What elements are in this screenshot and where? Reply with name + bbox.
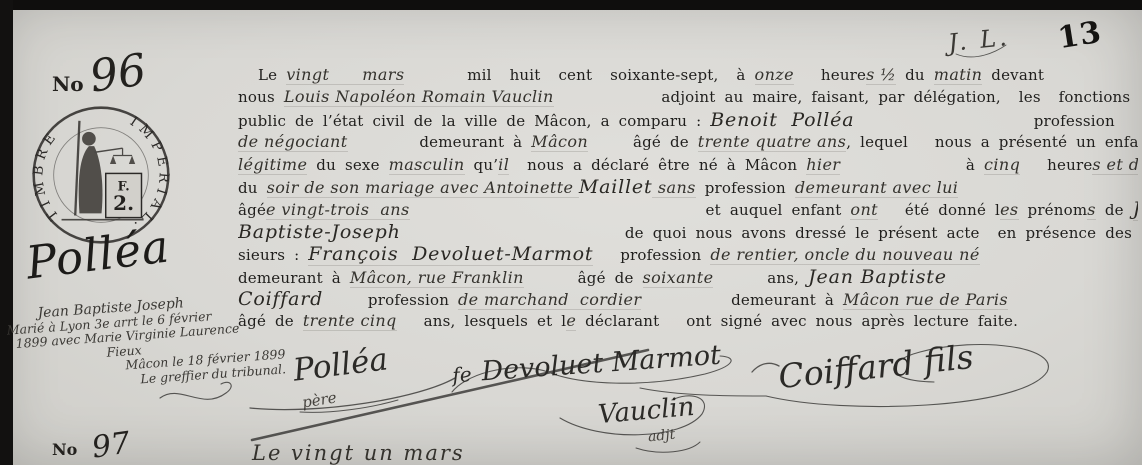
clerk-initials: J. L. (947, 23, 1011, 57)
handwritten-text: Maillet (579, 176, 653, 198)
act-line: de négociant demeurant à Mâcon âgé de tr… (238, 131, 1138, 153)
printed-text: devant (982, 66, 1044, 84)
signature-paraph: fe (452, 362, 473, 387)
printed-text: Le (258, 66, 286, 84)
printed-text: du (238, 179, 267, 197)
act-number: 96 (87, 44, 150, 102)
handwritten-text: e (566, 311, 576, 331)
handwritten-text: ont (850, 200, 878, 220)
signature-declarant: Polléa (291, 341, 390, 388)
handwritten-text: de marchand cordier (458, 290, 641, 310)
printed-text: et auquel enfant (410, 201, 851, 219)
printed-text: nous a déclaré être né à Mâcon (509, 156, 806, 174)
folio-number: 13 (1056, 15, 1105, 56)
handwritten-text: masculin (389, 155, 465, 175)
next-act-number: 97 (90, 426, 133, 465)
handwritten-text: Baptiste-Joseph (238, 221, 401, 243)
act-line: sieurs : François Devoluet-Marmot profes… (238, 243, 1138, 265)
printed-text: sieurs : (238, 246, 308, 264)
handwritten-text: s ½ (866, 65, 896, 85)
handwritten-text: cinq (984, 155, 1020, 175)
act-line: du soir de son mariage avec Antoinette M… (238, 176, 1138, 198)
handwritten-text: matin (934, 65, 983, 85)
handwritten-text: légitime (238, 155, 307, 175)
printed-text: prénom (1019, 201, 1088, 219)
act-line: Coiffard profession de marchand cordier … (238, 288, 1138, 310)
stamp-value-pedestal: F. 2. (106, 173, 142, 217)
handwritten-text: Coiffard (238, 288, 323, 310)
handwritten-text: Jean Baptiste (808, 266, 947, 288)
printed-text: âgé de (524, 269, 643, 287)
printed-text: âgé de (238, 312, 303, 330)
handwritten-text: François Devoluet-Marmot (308, 243, 593, 265)
printed-text: adjoint au maire, faisant, par délégatio… (554, 88, 1138, 106)
printed-text: qu’ (465, 156, 499, 174)
printed-text: public de l’état civil de la ville de Mâ… (238, 112, 710, 130)
handwritten-text: Mâcon (531, 132, 588, 152)
margin-marriage-note: Jean Baptiste Joseph Marié à Lyon 3e arr… (3, 291, 258, 395)
printed-text: mil huit cent soixante-sept, à (404, 66, 754, 84)
printed-text: à (840, 156, 984, 174)
printed-text: profession (593, 246, 710, 264)
handwritten-text: de rentier, oncle du nouveau né (710, 245, 979, 265)
handwritten-text: s (1087, 200, 1096, 220)
handwritten-text: demeurant avec lui (795, 178, 959, 198)
act-line: demeurant à Mâcon, rue Franklin âgé de s… (238, 266, 1138, 288)
signature-officer-title: adjt (647, 427, 676, 446)
scan-top-edge (0, 0, 1142, 10)
handwritten-text: Louis Napoléon Romain Vauclin (284, 87, 554, 107)
act-line: nous Louis Napoléon Romain Vauclin adjoi… (238, 86, 1138, 108)
signature-officer: Vauclin (597, 392, 696, 430)
printed-text: nous (238, 88, 284, 106)
handwritten-text: Mâcon, rue Franklin (350, 268, 524, 288)
signature-declarant-suffix: père (301, 388, 338, 411)
act-line: âgé de trente cinq ans, lesquels et le d… (238, 310, 1138, 332)
handwritten-text: Jean (1133, 198, 1138, 220)
printed-text: ans, lesquels et l (397, 312, 567, 330)
handwritten-text: sans (652, 178, 695, 198)
printed-text: de quoi nous avons dressé le présent act… (401, 224, 1132, 242)
act-line: public de l’état civil de la ville de Mâ… (238, 109, 1138, 131)
handwritten-text: e vingt-trois ans (266, 200, 410, 220)
next-act-number-label: No (52, 440, 77, 459)
printed-text: du sexe (307, 156, 388, 174)
signature-witness-1: feDevoluet Marmot (451, 340, 722, 390)
signature-witness-1-name: Devoluet Marmot (480, 340, 722, 388)
next-act-opening-fragment: Le vingt un mars (252, 441, 465, 465)
printed-text: été donné l (878, 201, 1000, 219)
printed-text: heure (794, 66, 866, 84)
handwritten-text: onze (755, 65, 794, 85)
civil-register-scan: J. L. 13 No 96 TIMBRE IMPERIAL. (0, 0, 1142, 465)
printed-text: demeurant à (641, 291, 843, 309)
act-line: légitime du sexe masculin qu’il nous a d… (238, 154, 1138, 176)
act-line: Le vingt mars mil huit cent soixante-sep… (238, 64, 1138, 86)
handwritten-text: il (498, 155, 509, 175)
handwritten-text: de négociant (238, 132, 348, 152)
printed-text: âgé de (588, 133, 698, 151)
signature-witness-2: Coiffard fils (776, 337, 975, 396)
stamp-value: 2. (113, 191, 134, 215)
handwritten-text: Mâcon rue de Paris (843, 290, 1008, 310)
stamp-arc-left-text: TIMBRE (30, 127, 62, 224)
handwritten-text: vingt mars (286, 65, 404, 85)
handwritten-text: es (1000, 200, 1018, 220)
printed-text: heure (1020, 156, 1092, 174)
handwritten-text: trente cinq (303, 311, 397, 331)
printed-text: profession (323, 291, 458, 309)
printed-text: demeurant à (348, 133, 532, 151)
printed-text: profession (696, 179, 795, 197)
printed-text: de (1096, 201, 1133, 219)
printed-text: demeurant à (238, 269, 350, 287)
handwritten-text: s et demie (1092, 155, 1138, 175)
act-line: âgée vingt-trois ans et auquel enfant on… (238, 198, 1138, 220)
printed-text: du (896, 66, 934, 84)
handwritten-text: hier (806, 155, 840, 175)
handwritten-text: trente quatre ans (698, 132, 846, 152)
act-line: Baptiste-Joseph de quoi nous avons dress… (238, 221, 1138, 243)
handwritten-text: Benoit Polléa (710, 109, 854, 131)
handwritten-text: soir de son mariage avec Antoinette (267, 178, 579, 198)
act-number-label: No (52, 72, 84, 96)
printed-text: âgé (238, 201, 266, 219)
act-body-text: Le vingt mars mil huit cent soixante-sep… (238, 64, 1138, 333)
handwritten-text: soixante (643, 268, 714, 288)
printed-text: , lequel nous a présenté un enfant (846, 133, 1138, 151)
printed-text: profession (854, 112, 1114, 130)
printed-text: ans, (713, 269, 808, 287)
printed-text: déclarant ont signé avec nous après lect… (576, 312, 1018, 330)
